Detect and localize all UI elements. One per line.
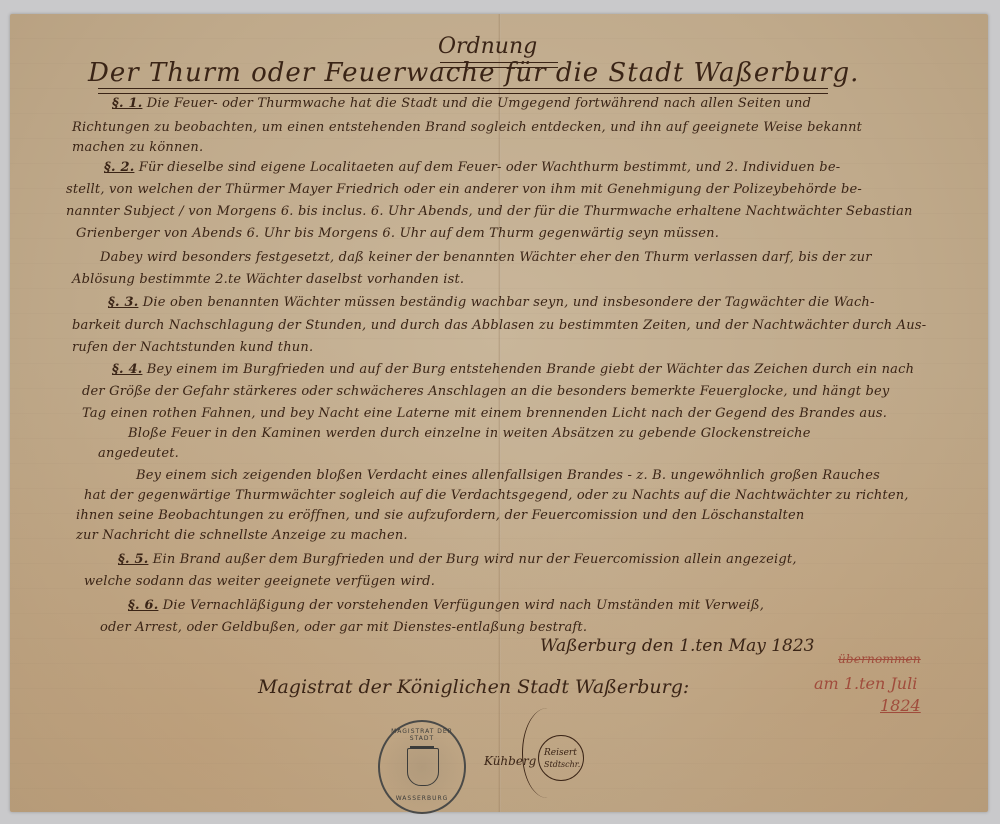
paragraph-4-line-7: hat der gegenwärtige Thurmwächter soglei… <box>84 488 909 503</box>
paragraph-3-line-2: barkeit durch Nachschlagung der Stunden,… <box>72 318 926 333</box>
paragraph-mark-1: §. 1. <box>112 96 142 111</box>
crown-icon <box>410 736 434 748</box>
dateline: Waßerburg den 1.ten May 1823 <box>540 636 815 656</box>
paragraph-mark-5: §. 5. <box>118 552 148 567</box>
paragraph-5-line-1: §. 5. Ein Brand außer dem Burgfrieden un… <box>118 552 797 567</box>
signature-2-name: Reisert <box>544 748 577 758</box>
paragraph-mark-2: §. 2. <box>104 160 134 175</box>
line-text: Die Vernachläßigung der vorstehenden Ver… <box>163 598 764 613</box>
line-text: Bey einem im Burgfrieden und auf der Bur… <box>147 362 914 377</box>
paragraph-4-line-3: Tag einen rothen Fahnen, und bey Nacht e… <box>82 406 887 421</box>
paragraph-3-line-3: rufen der Nachtstunden kund thun. <box>72 340 313 355</box>
paragraph-2-line-4: Grienberger von Abends 6. Uhr bis Morgen… <box>76 226 719 241</box>
seal-text-bottom: WASSERBURG <box>380 795 464 802</box>
paragraph-4-line-6: Bey einem sich zeigenden bloßen Verdacht… <box>136 468 880 483</box>
line-text: Für dieselbe sind eigene Localitaeten au… <box>139 160 841 175</box>
paragraph-2-line-5: Dabey wird besonders festgesetzt, daß ke… <box>100 250 872 265</box>
paragraph-1-line-1: §. 1. Die Feuer- oder Thurmwache hat die… <box>112 96 811 111</box>
paragraph-2-line-1: §. 2. Für dieselbe sind eigene Localitae… <box>104 160 840 175</box>
paragraph-6-line-2: oder Arrest, oder Geldbußen, oder gar mi… <box>100 620 587 635</box>
paragraph-3-line-1: §. 3. Die oben benannten Wächter müssen … <box>108 295 875 310</box>
signature-2-title: Stdtschr. <box>544 760 580 769</box>
line-text: Die oben benannten Wächter müssen bestän… <box>143 295 875 310</box>
annotation-received: übernommen <box>838 652 921 666</box>
paragraph-1-line-3: machen zu können. <box>72 140 203 155</box>
heading-underline <box>98 88 828 94</box>
paragraph-2-line-3: nannter Subject / von Morgens 6. bis inc… <box>66 204 913 219</box>
paragraph-mark-3: §. 3. <box>108 295 138 310</box>
paragraph-4-line-1: §. 4. Bey einem im Burgfrieden und auf d… <box>112 362 914 377</box>
paragraph-5-line-2: welche sodann das weiter geeignete verfü… <box>84 574 435 589</box>
paragraph-4-line-5: angedeutet. <box>98 446 179 461</box>
line-text: Die Feuer- oder Thurmwache hat die Stadt… <box>147 96 811 111</box>
annotation-year: 1824 <box>880 696 921 715</box>
signatory-line: Magistrat der Königlichen Stadt Waßerbur… <box>258 676 689 698</box>
paragraph-mark-6: §. 6. <box>128 598 158 613</box>
paragraph-4-line-4: Bloße Feuer in den Kaminen werden durch … <box>128 426 811 441</box>
paragraph-2-line-2: stellt, von welchen der Thürmer Mayer Fr… <box>66 182 862 197</box>
document-title: Ordnung <box>438 34 537 59</box>
signature-circle-icon <box>538 735 584 781</box>
paragraph-mark-4: §. 4. <box>112 362 142 377</box>
paragraph-2-line-6: Ablösung bestimmte 2.te Wächter daselbst… <box>72 272 464 287</box>
paragraph-4-line-9: zur Nachricht die schnellste Anzeige zu … <box>76 528 408 543</box>
annotation-date: am 1.ten Juli <box>814 674 917 693</box>
paragraph-6-line-1: §. 6. Die Vernachläßigung der vorstehend… <box>128 598 764 613</box>
city-seal-stamp: MAGISTRAT DER STADT WASSERBURG <box>378 720 466 814</box>
document-heading: Der Thurm oder Feuerwache für die Stadt … <box>88 58 859 88</box>
coat-of-arms-icon <box>407 748 439 786</box>
line-text: Ein Brand außer dem Burgfrieden und der … <box>153 552 797 567</box>
paragraph-4-line-8: ihnen seine Beobachtungen zu eröffnen, u… <box>76 508 804 523</box>
paragraph-1-line-2: Richtungen zu beobachten, um einen entst… <box>72 120 862 135</box>
paragraph-4-line-2: der Größe der Gefahr stärkeres oder schw… <box>82 384 889 399</box>
